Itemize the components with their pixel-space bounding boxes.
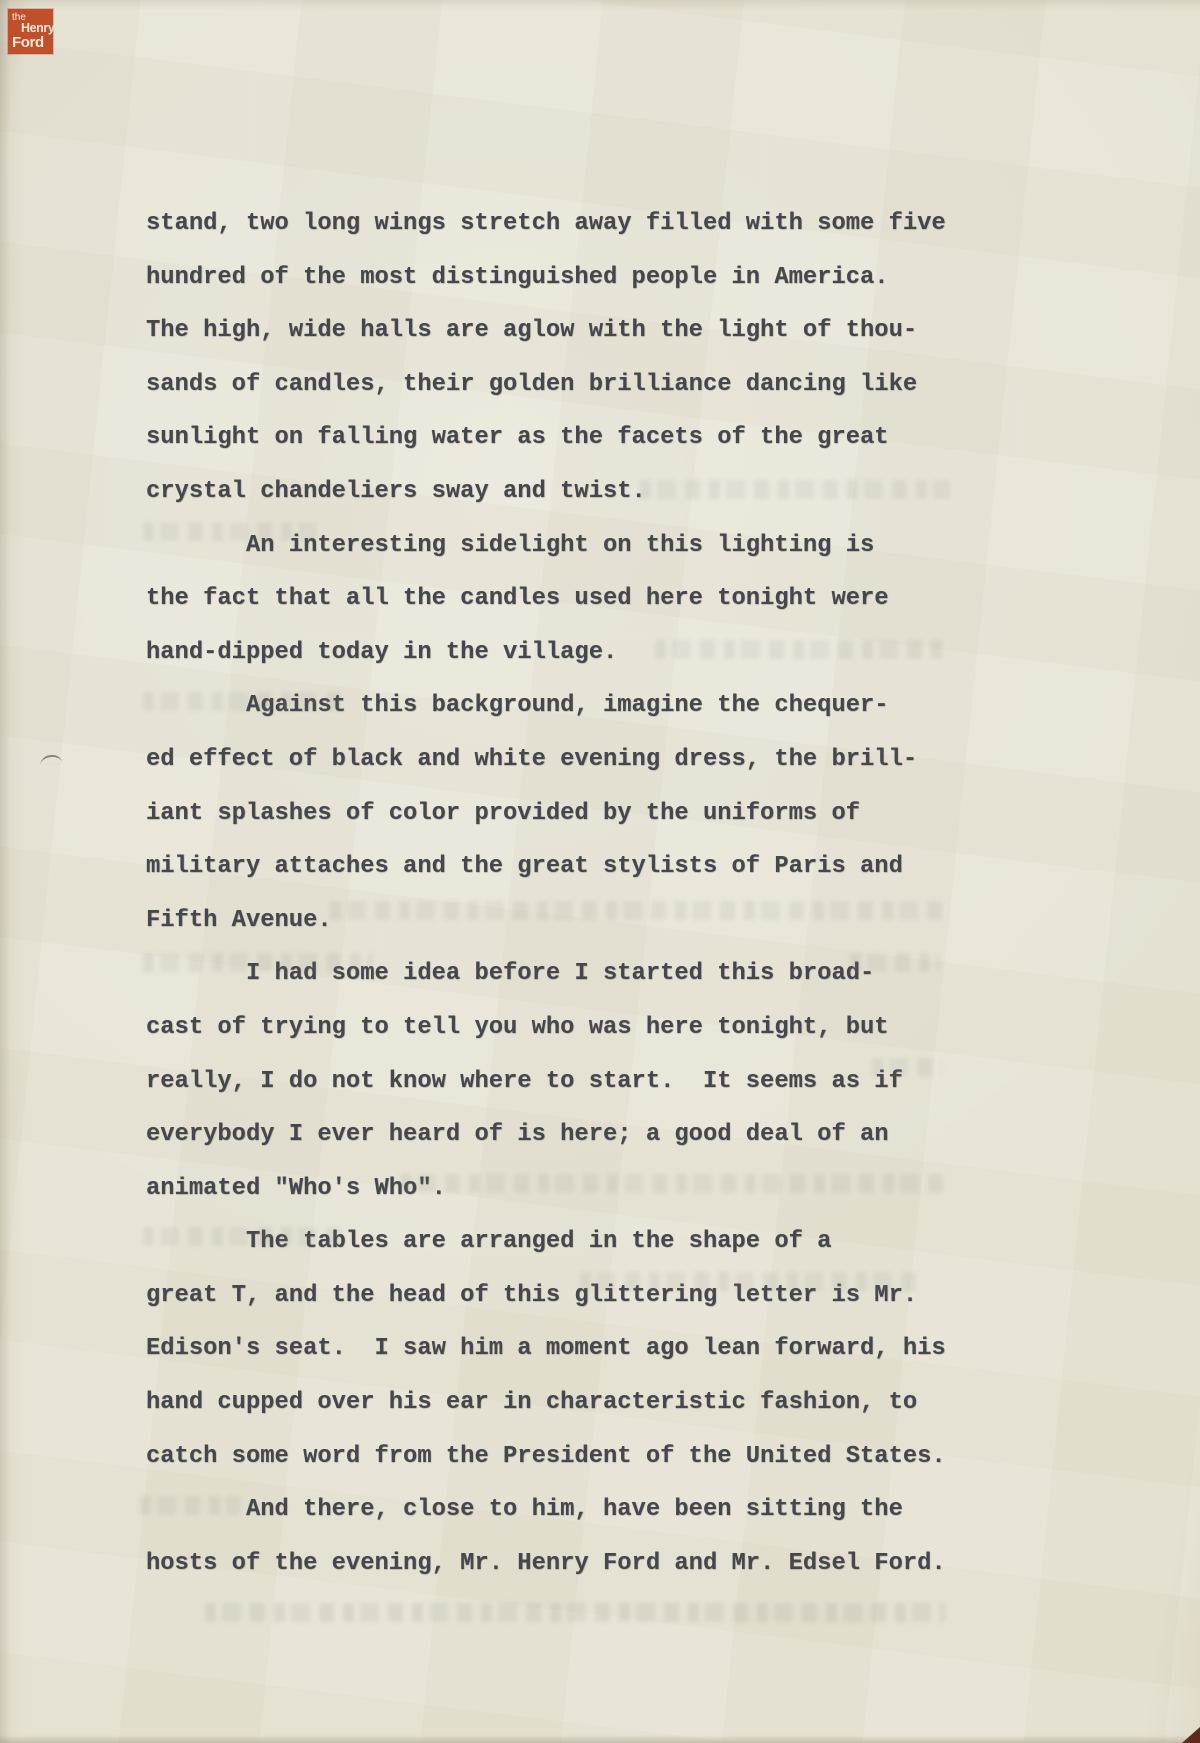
bleed-through-smudge <box>205 1603 945 1622</box>
page-bottom-edge-shadow <box>0 1735 1200 1743</box>
typewritten-text: stand, two long wings stretch away fille… <box>146 197 946 1590</box>
henry-ford-logo: the Henry Ford <box>8 9 53 54</box>
page-top-edge-shadow <box>0 0 1200 10</box>
logo-word-henry: Henry <box>21 22 54 35</box>
pencil-mark <box>40 754 63 765</box>
page-left-edge-shadow <box>0 0 26 1743</box>
document-page: the Henry Ford stand, two long wings str… <box>0 0 1200 1743</box>
logo-word-ford: Ford <box>12 35 44 50</box>
page-corner-backing <box>1182 1727 1200 1743</box>
